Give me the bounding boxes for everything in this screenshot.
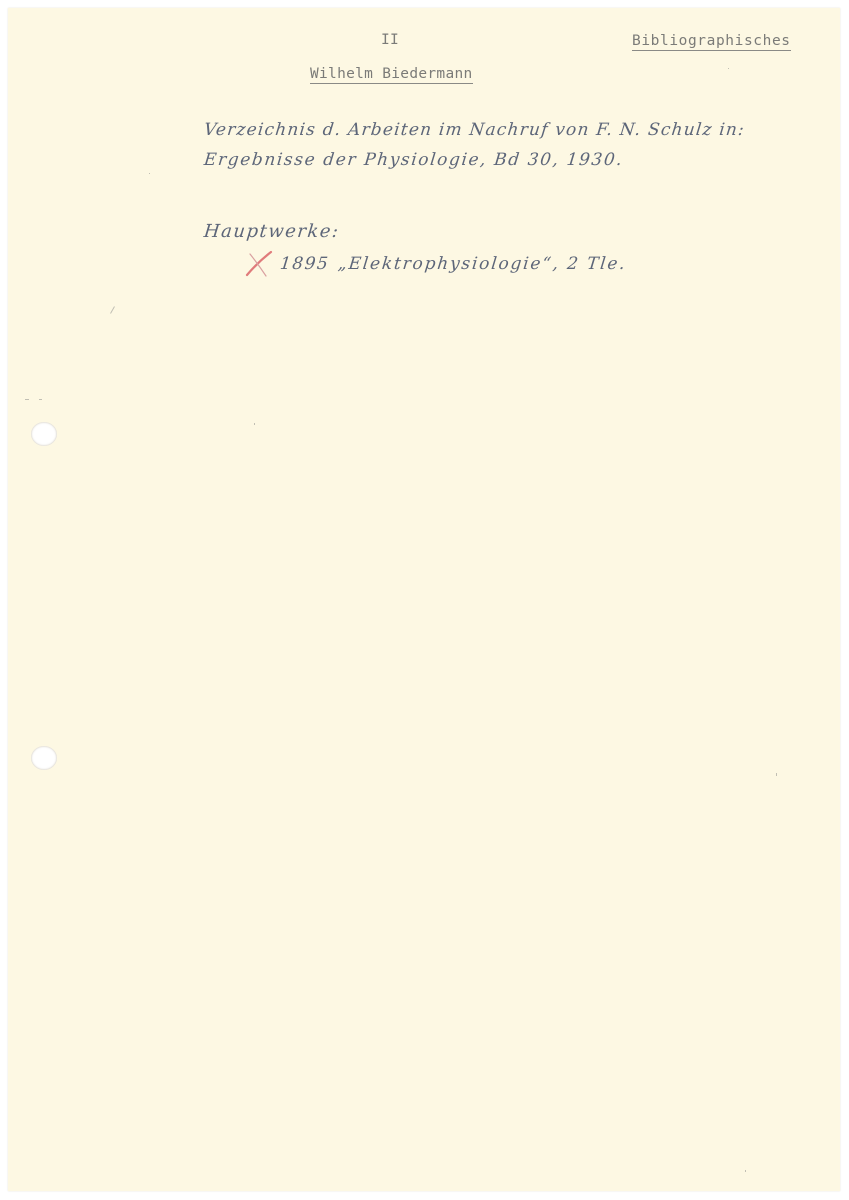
paper-mark [745,1170,746,1172]
person-name: Wilhelm Biedermann [310,66,473,84]
paper-mark [39,399,42,400]
page-number: II [381,32,399,48]
paper-mark [776,773,777,776]
main-work-title: „Elektrophysiologie“, 2 Tle. [337,254,628,274]
paper-mark [728,68,729,69]
paper-mark [25,399,29,400]
paper-mark [149,173,150,174]
main-work-year: 1895 [279,254,330,274]
paper-mark [254,423,255,425]
paper-mark [110,306,115,313]
section-title: Bibliographisches [632,33,791,51]
red-x-mark-icon [244,248,274,278]
hole-punch-bottom [31,746,57,770]
document-page: II Bibliographisches Wilhelm Biedermann … [8,8,840,1191]
hole-punch-top [31,422,57,446]
bibliography-reference-line-1: Verzeichnis d. Arbeiten im Nachruf von F… [203,120,746,140]
main-works-heading: Hauptwerke: [203,221,341,242]
bibliography-reference-line-2: Ergebnisse der Physiologie, Bd 30, 1930. [203,150,624,170]
